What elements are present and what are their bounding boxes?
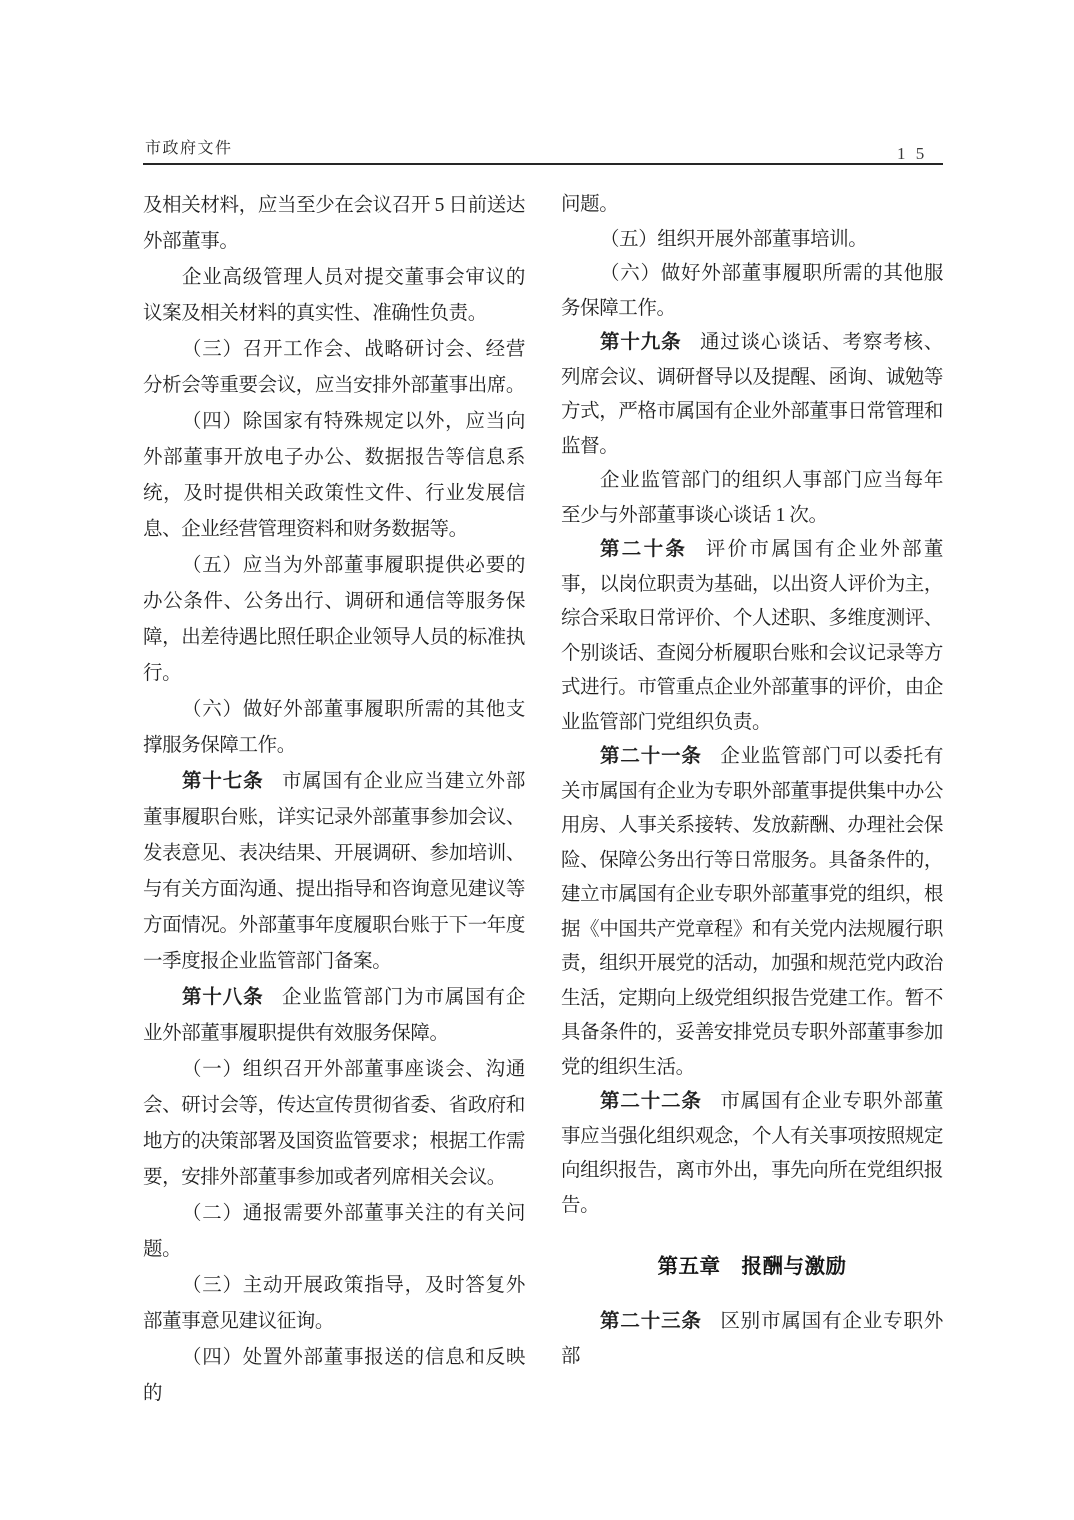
paragraph: 第二十条评价市属国有企业外部董事，以岗位职责为基础，以出资人评价为主，综合采取日…	[561, 533, 943, 740]
paragraph: （三）召开工作会、战略研讨会、经营分析会等重要会议，应当安排外部董事出席。	[143, 332, 525, 404]
paragraph-text: （一）组织召开外部董事座谈会、沟通会、研讨会等，传达宣传贯彻省委、省政府和地方的…	[143, 1059, 525, 1188]
paragraph-text: 市属国有企业应当建立外部董事履职台账，详实记录外部董事参加会议、发表意见、表决结…	[143, 771, 525, 972]
paragraph-text: （四）处置外部董事报送的信息和反映的	[143, 1347, 525, 1404]
paragraph-text: 企业监管部门可以委托有关市属国有企业为专职外部董事提供集中办公用房、人事关系接转…	[561, 746, 943, 1078]
paragraph-text: （五）组织开展外部董事培训。	[600, 229, 867, 250]
paragraph: （二）通报需要外部董事关注的有关问题。	[143, 1196, 525, 1268]
article-number: 第十八条	[182, 987, 263, 1008]
paragraph-text: 问题。	[561, 194, 618, 215]
paragraph: 第十七条市属国有企业应当建立外部董事履职台账，详实记录外部董事参加会议、发表意见…	[143, 764, 525, 980]
paragraph: （六）做好外部董事履职所需的其他服务保障工作。	[561, 257, 943, 326]
paragraph: （六）做好外部董事履职所需的其他支撑服务保障工作。	[143, 692, 525, 764]
page-number: 1 5	[897, 144, 927, 164]
paragraph-text: （六）做好外部董事履职所需的其他服务保障工作。	[561, 263, 943, 319]
article-number: 第二十一条	[600, 746, 702, 767]
paragraph-text: （五）应当为外部董事履职提供必要的办公条件、公务出行、调研和通信等服务保障，出差…	[143, 555, 525, 684]
paragraph-text: 评价市属国有企业外部董事，以岗位职责为基础，以出资人评价为主，综合采取日常评价、…	[561, 539, 943, 733]
paragraph: 及相关材料，应当至少在会议召开 5 日前送达外部董事。	[143, 188, 525, 260]
paragraph: 第十八条企业监管部门为市属国有企业外部董事履职提供有效服务保障。	[143, 980, 525, 1052]
paragraph-text: （三）召开工作会、战略研讨会、经营分析会等重要会议，应当安排外部董事出席。	[143, 339, 525, 396]
paragraph: 第二十一条企业监管部门可以委托有关市属国有企业为专职外部董事提供集中办公用房、人…	[561, 740, 943, 1085]
paragraph: （三）主动开展政策指导，及时答复外部董事意见建议征询。	[143, 1268, 525, 1340]
paragraph: 企业监管部门的组织人事部门应当每年至少与外部董事谈心谈话 1 次。	[561, 464, 943, 533]
paragraph-text: 企业高级管理人员对提交董事会审议的议案及相关材料的真实性、准确性负责。	[143, 267, 525, 324]
paragraph-text: （六）做好外部董事履职所需的其他支撑服务保障工作。	[143, 699, 525, 756]
paragraph-text: 企业监管部门的组织人事部门应当每年至少与外部董事谈心谈话 1 次。	[561, 470, 943, 526]
paragraph: 第二十三条区别市属国有企业专职外部	[561, 1305, 943, 1374]
document-body: 及相关材料，应当至少在会议召开 5 日前送达外部董事。企业高级管理人员对提交董事…	[143, 188, 943, 1412]
article-number: 第二十三条	[600, 1311, 702, 1332]
paragraph-text: （二）通报需要外部董事关注的有关问题。	[143, 1203, 525, 1260]
paragraph: （四）处置外部董事报送的信息和反映的	[143, 1340, 525, 1412]
paragraph-text: （三）主动开展政策指导，及时答复外部董事意见建议征询。	[143, 1275, 525, 1332]
right-column: 问题。（五）组织开展外部董事培训。（六）做好外部董事履职所需的其他服务保障工作。…	[561, 188, 943, 1412]
paragraph-text: （四）除国家有特殊规定以外，应当向外部董事开放电子办公、数据报告等信息系统，及时…	[143, 411, 525, 540]
article-number: 第十九条	[600, 332, 681, 353]
paragraph-text: 及相关材料，应当至少在会议召开 5 日前送达外部董事。	[143, 195, 525, 252]
article-number: 第二十条	[600, 539, 687, 560]
chapter-heading: 第五章 报酬与激励	[561, 1249, 943, 1285]
header-rule	[143, 163, 943, 165]
document-page: 市政府文件 1 5 及相关材料，应当至少在会议召开 5 日前送达外部董事。企业高…	[0, 0, 1074, 1520]
paragraph: 企业高级管理人员对提交董事会审议的议案及相关材料的真实性、准确性负责。	[143, 260, 525, 332]
paragraph: （一）组织召开外部董事座谈会、沟通会、研讨会等，传达宣传贯彻省委、省政府和地方的…	[143, 1052, 525, 1196]
doc-type-label: 市政府文件	[145, 135, 233, 158]
paragraph: 第二十二条市属国有企业专职外部董事应当强化组织观念，个人有关事项按照规定向组织报…	[561, 1085, 943, 1223]
article-number: 第二十二条	[600, 1091, 702, 1112]
article-number: 第十七条	[182, 771, 263, 792]
paragraph: 问题。	[561, 188, 943, 223]
paragraph: （四）除国家有特殊规定以外，应当向外部董事开放电子办公、数据报告等信息系统，及时…	[143, 404, 525, 548]
paragraph: （五）组织开展外部董事培训。	[561, 223, 943, 258]
paragraph: 第十九条通过谈心谈话、考察考核、列席会议、调研督导以及提醒、函询、诚勉等方式，严…	[561, 326, 943, 464]
left-column: 及相关材料，应当至少在会议召开 5 日前送达外部董事。企业高级管理人员对提交董事…	[143, 188, 525, 1412]
paragraph: （五）应当为外部董事履职提供必要的办公条件、公务出行、调研和通信等服务保障，出差…	[143, 548, 525, 692]
